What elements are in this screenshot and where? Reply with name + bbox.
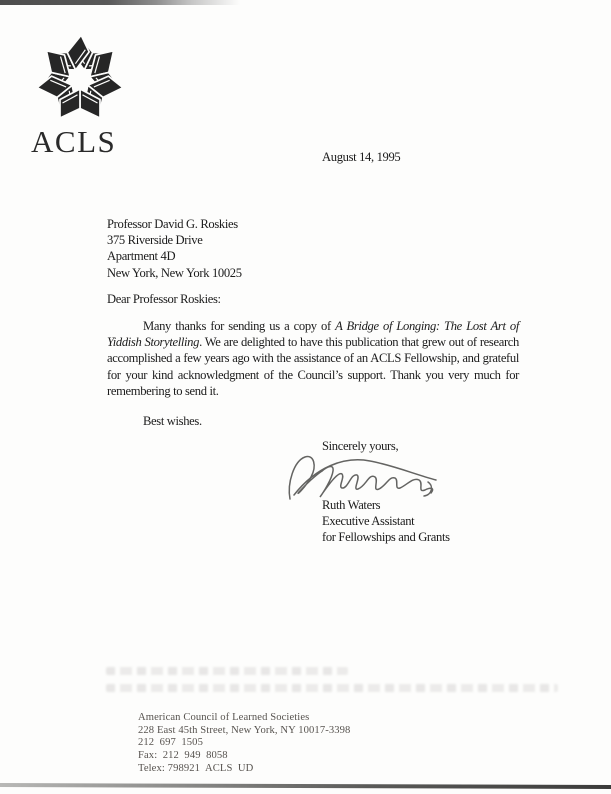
scan-artifact-top-edge (0, 0, 240, 5)
recipient-street: 375 Riverside Drive (107, 232, 242, 248)
scanned-letter-page: ACLS August 14, 1995 Professor David G. … (0, 0, 611, 794)
bleed-through-line-2 (106, 684, 558, 692)
best-wishes-line: Best wishes. (143, 413, 202, 429)
footer-address: 228 East 45th Street, New York, NY 10017… (138, 725, 350, 738)
salutation: Dear Professor Roskies: (107, 291, 221, 307)
acls-books-logo-icon (27, 33, 133, 127)
signer-name: Ruth Waters (322, 497, 450, 513)
scan-artifact-bottom-edge (0, 783, 611, 789)
body-paragraph: Many thanks for sending us a copy of A B… (107, 318, 519, 399)
bleed-through-line-1 (106, 667, 348, 675)
signer-title-1: Executive Assistant (322, 513, 450, 529)
letterhead-footer: American Council of Learned Societies 22… (138, 712, 350, 776)
body-text-before-title: Many thanks for sending us a copy of (143, 319, 335, 333)
footer-phone: 212 697 1505 (138, 737, 350, 750)
acls-logotype: ACLS (31, 124, 116, 160)
recipient-apartment: Apartment 4D (107, 248, 242, 264)
letter-date: August 14, 1995 (322, 149, 400, 165)
footer-telex: Telex: 798921 ACLS UD (138, 763, 350, 776)
footer-fax: Fax: 212 949 8058 (138, 750, 350, 763)
recipient-name: Professor David G. Roskies (107, 216, 242, 232)
footer-org-name: American Council of Learned Societies (138, 712, 350, 725)
recipient-city: New York, New York 10025 (107, 265, 242, 281)
recipient-address-block: Professor David G. Roskies 375 Riverside… (107, 216, 242, 281)
signer-title-2: for Fellowships and Grants (322, 529, 450, 545)
signer-block: Ruth Waters Executive Assistant for Fell… (322, 497, 450, 546)
